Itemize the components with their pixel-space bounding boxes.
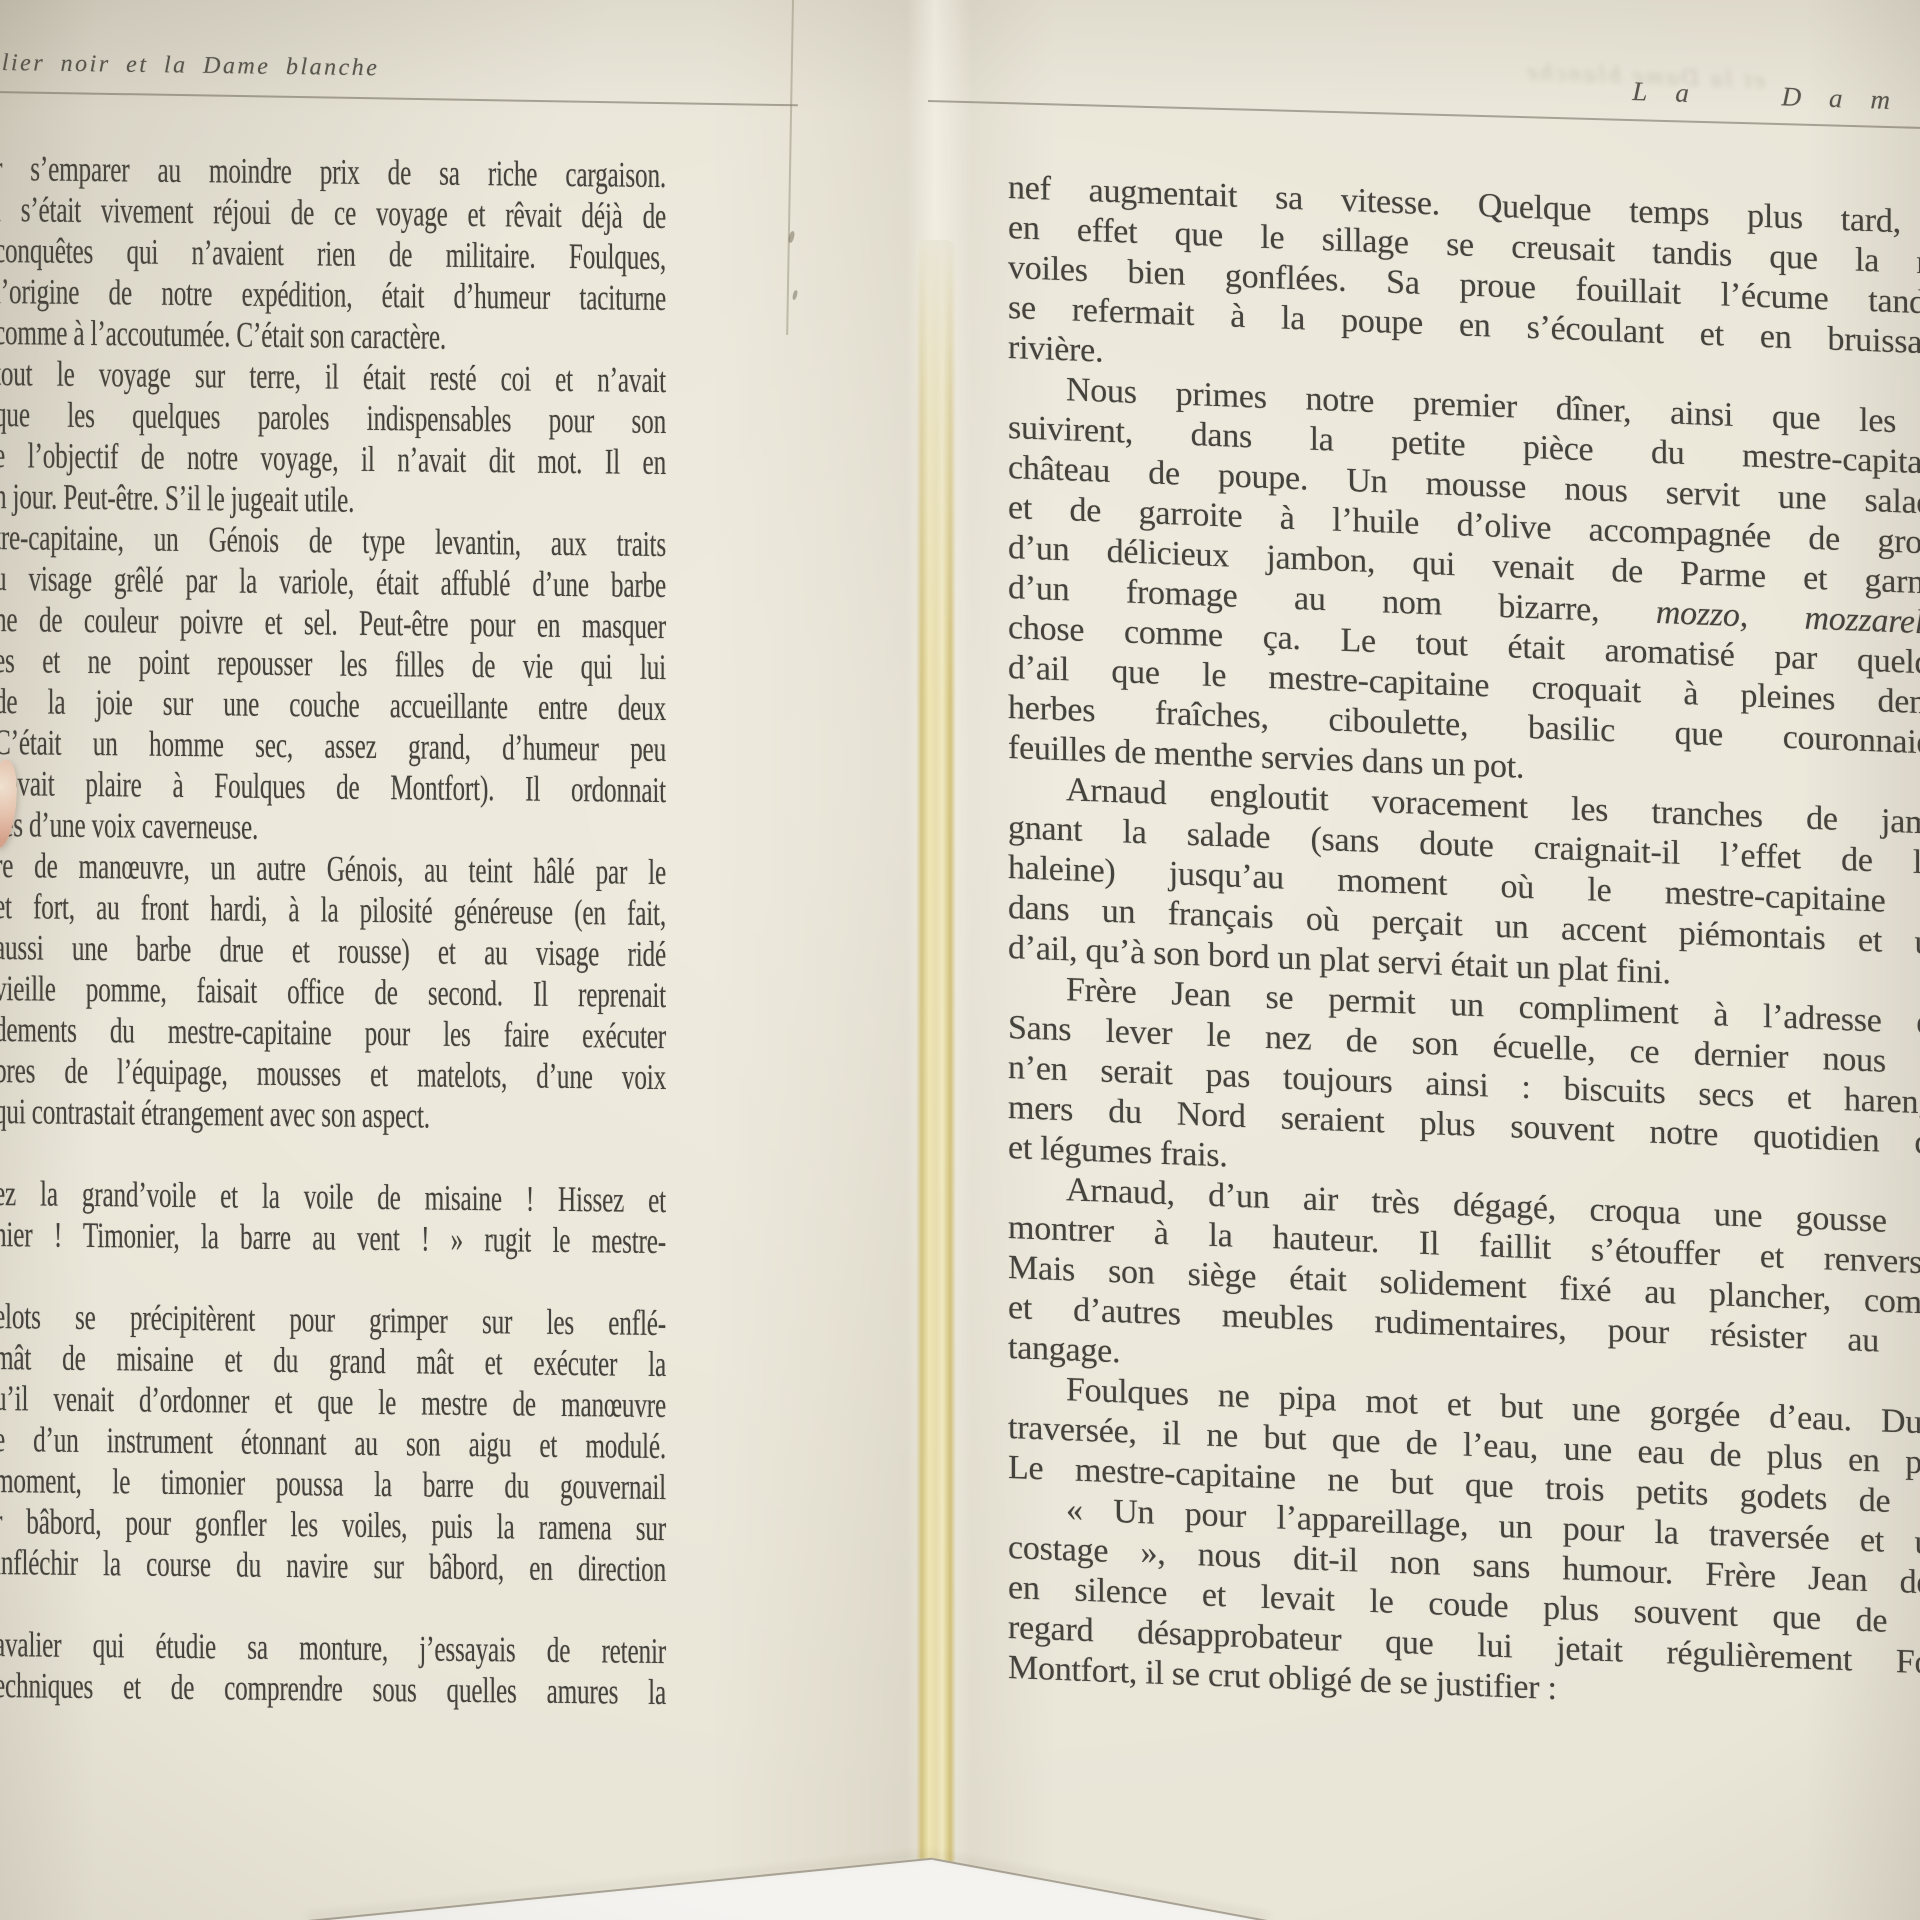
crease-mark: [792, 290, 798, 301]
text-line: l’origine de notre expédition, était d’h…: [0, 271, 666, 319]
text-line: vieille pomme, faisait office de second.…: [0, 968, 666, 1016]
text-line: ne de couleur poivre et sel. Peut-être p…: [0, 599, 666, 647]
book-spread-photo: { "colors": { "paper": "#e9e5d7", "ink":…: [0, 0, 1920, 1920]
text-line: qui contrastait étrangement avec son asp…: [0, 1091, 666, 1139]
text-line: res d’une voix caverneuse.: [0, 804, 666, 852]
running-header-right: La Dam: [1632, 76, 1919, 117]
gutter-crease: [786, 0, 794, 335]
text-line: devait plaire à Foulques de Montfort). I…: [0, 763, 666, 811]
text-line: infléchir la course du navire sur bâbord…: [0, 1542, 666, 1590]
text-line: r s’emparer au moindre prix de sa riche …: [0, 148, 666, 196]
text-line: n jour. Peut-être. S’il le jugeait utile…: [0, 476, 666, 524]
header-rule-left: [0, 91, 798, 106]
right-page-text: nef augmentait sa vitesse. Quelque temps…: [1008, 168, 1920, 1724]
text-line: e d’un instrument étonnant au son aigu e…: [0, 1419, 666, 1467]
paragraph-gap: [0, 1583, 666, 1631]
text-line: avalier qui étudie sa monture, j’essayai…: [0, 1624, 666, 1672]
text-line: de la joie sur une couche accueillante e…: [0, 681, 666, 729]
text-line: tre-capitaine, un Génois de type levanti…: [0, 517, 666, 565]
text-line: dements du mestre-capitaine pour les fai…: [0, 1009, 666, 1057]
text-line: u’il venait d’ordonner et que le mestre …: [0, 1378, 666, 1426]
text-line: et fort, au front hardi, à la pilosité g…: [0, 886, 666, 934]
text-line: conquêtes qui n’avaient rien de militair…: [0, 230, 666, 278]
paragraph-gap: [0, 1132, 666, 1180]
running-header-left: lier noir et la Dame blanche: [2, 50, 380, 82]
text-line: C’était un homme sec, assez grand, d’hum…: [0, 722, 666, 770]
text-line: es et ne point repousser les filles de v…: [0, 640, 666, 688]
text-line: elots se précipitèrent pour grimper sur …: [0, 1296, 666, 1344]
text-line: bres de l’équipage, mousses et matelots,…: [0, 1050, 666, 1098]
text-line: r bâbord, pour gonfler les voiles, puis …: [0, 1501, 666, 1549]
text-line: nier ! Timonier, la barre au vent ! » ru…: [0, 1214, 666, 1262]
text-line: ez la grand’voile et la voile de misaine…: [0, 1173, 666, 1221]
text-line: u visage grêlé par la variole, était aff…: [0, 558, 666, 606]
text-line: comme à l’accoutumée. C’était son caract…: [0, 312, 666, 360]
text-line: moment, le timonier poussa la barre du g…: [0, 1460, 666, 1508]
left-page-text: r s’emparer au moindre prix de sa riche …: [0, 148, 666, 1713]
text-line: aussi une barbe drue et rousse) et au vi…: [0, 927, 666, 975]
text-line: tout le voyage sur terre, il était resté…: [0, 353, 666, 401]
text-line: l s’était vivement réjoui de ce voyage e…: [0, 189, 666, 237]
binding-glue-strip: [916, 240, 956, 1868]
text-line: mât de misaine et du grand mât et exécut…: [0, 1337, 666, 1385]
text-line: echniques et de comprendre sous quelles …: [0, 1665, 666, 1713]
text-line: e l’objectif de notre voyage, il n’avait…: [0, 435, 666, 483]
text-line: re de manœuvre, un autre Génois, au tein…: [0, 845, 666, 893]
paragraph-gap: [0, 1255, 666, 1303]
text-line: que les quelques paroles indispensables …: [0, 394, 666, 442]
